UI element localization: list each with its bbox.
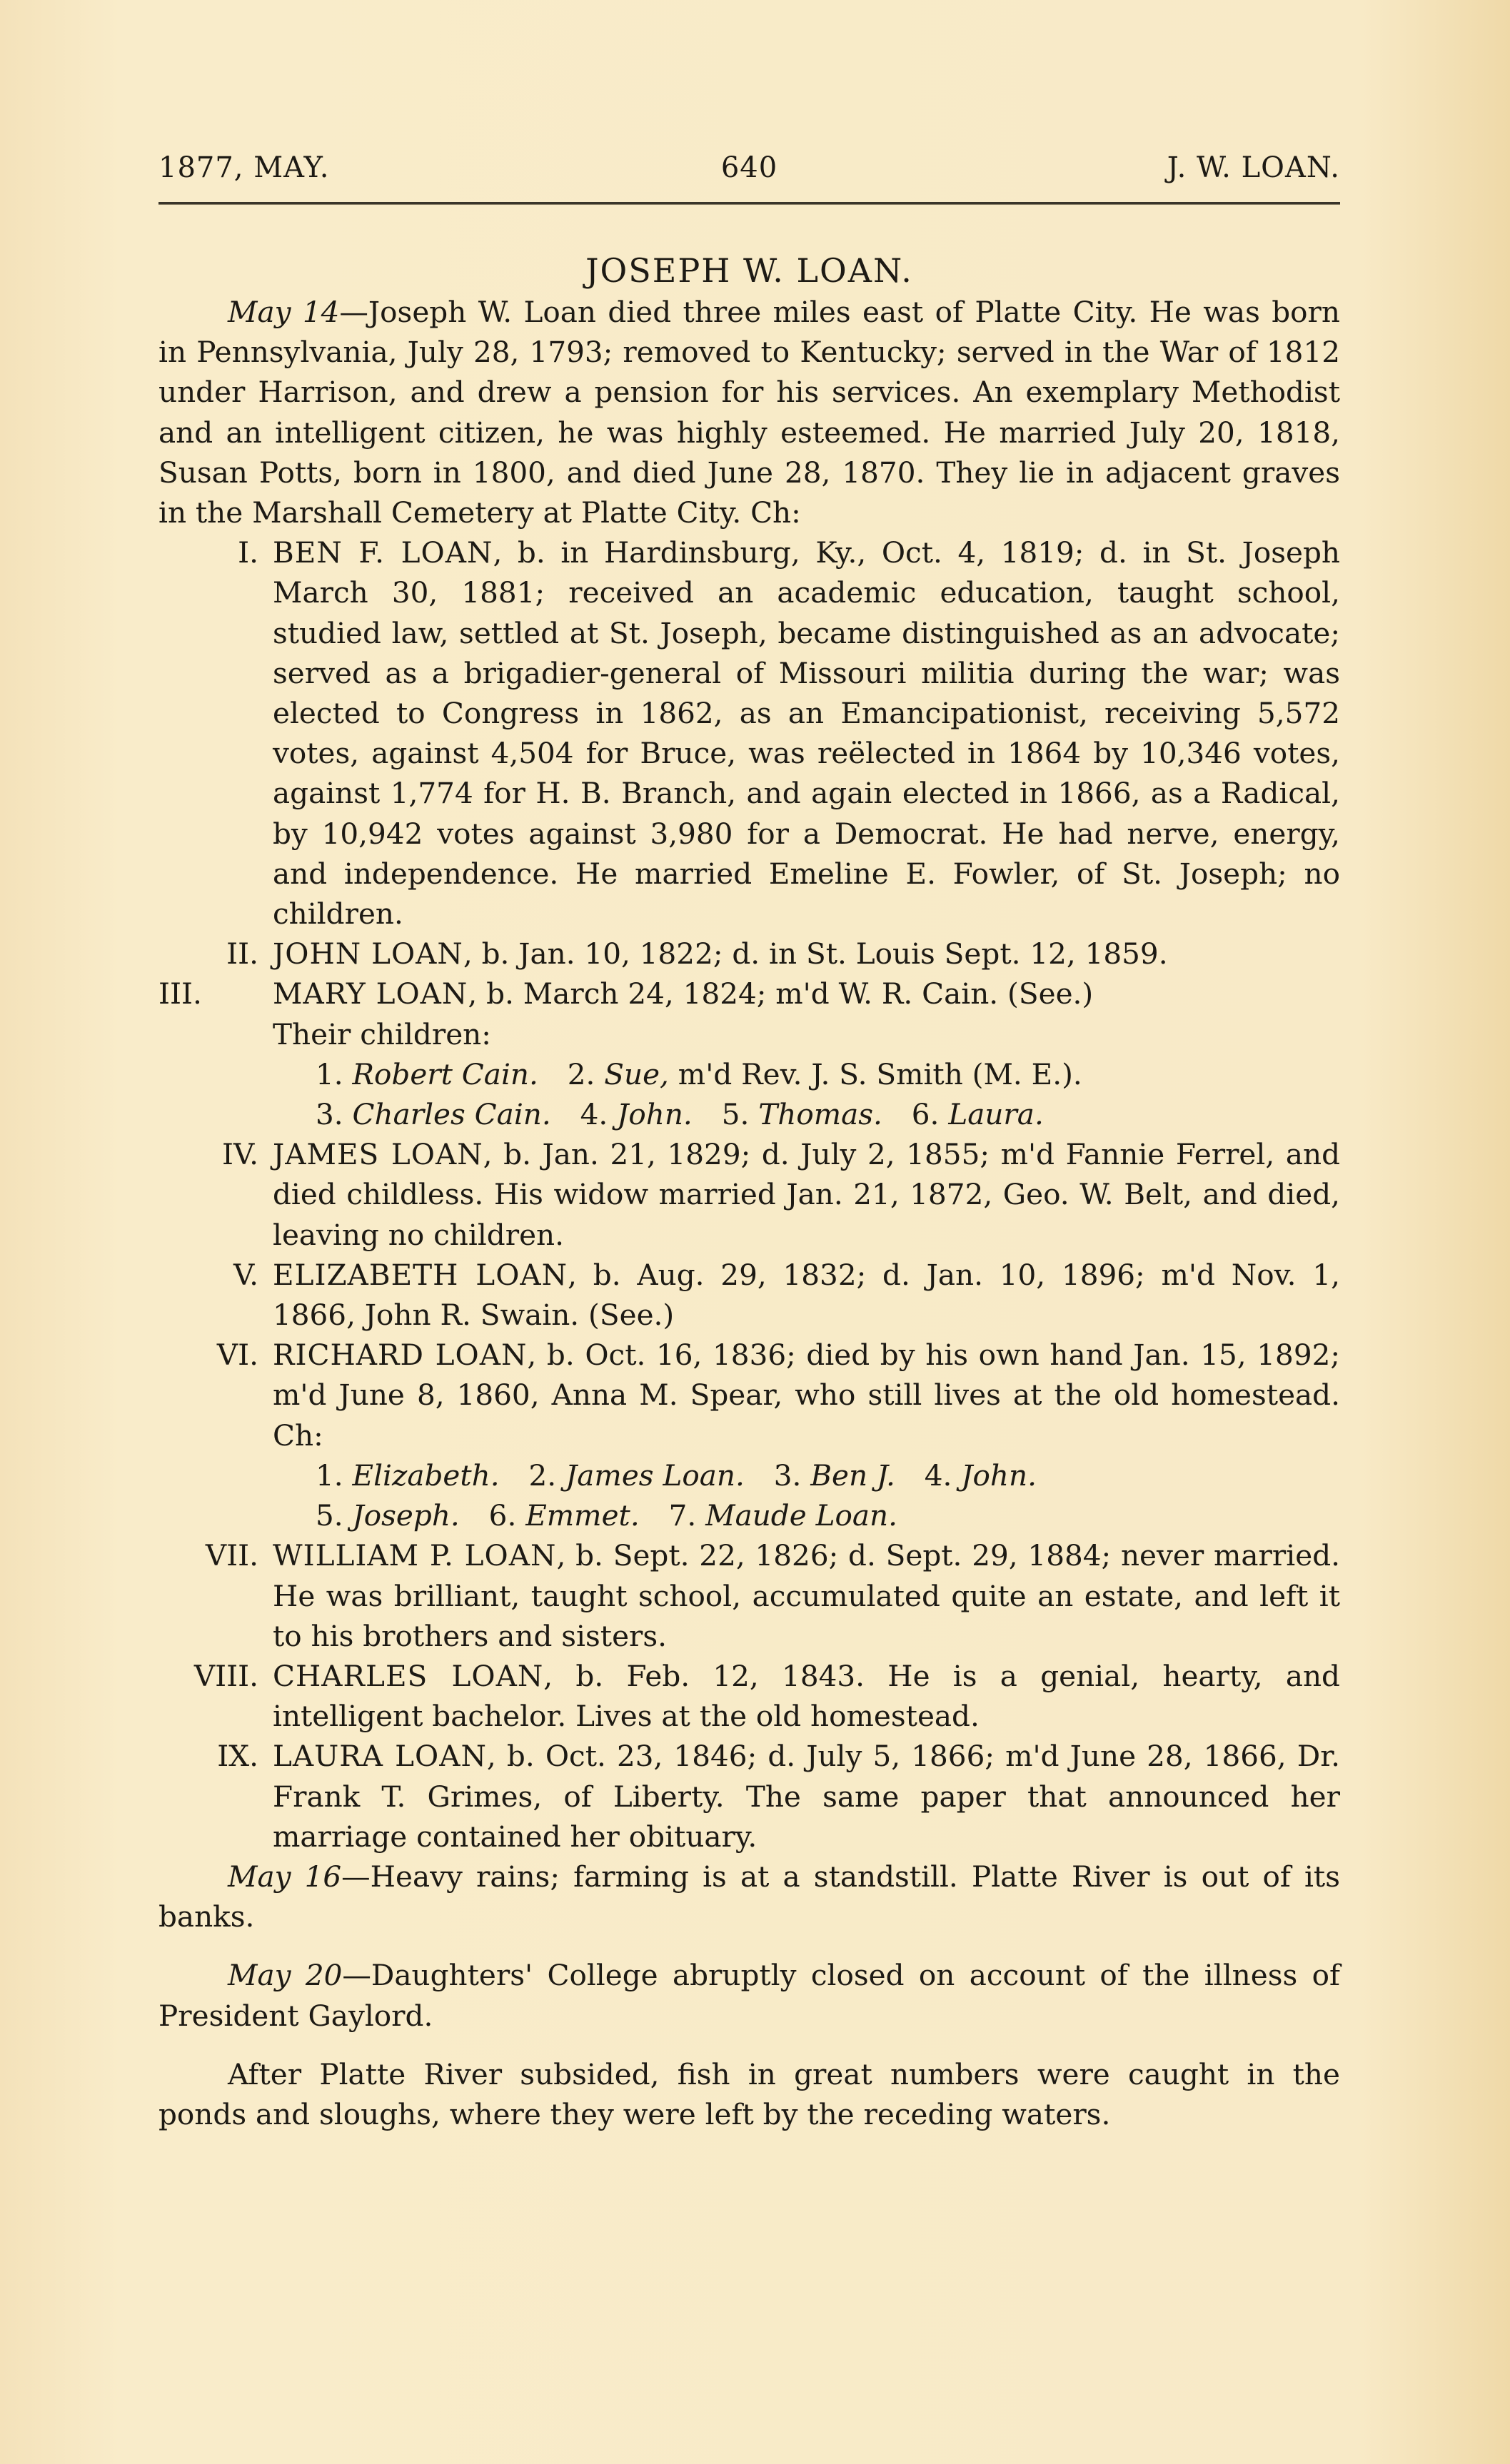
child-name: RICHARD LOAN bbox=[273, 1338, 527, 1372]
child-name: CHARLES LOAN bbox=[273, 1659, 543, 1693]
child-name: ELIZABETH LOAN bbox=[273, 1258, 568, 1292]
grandchild: 3. Charles Cain. bbox=[316, 1097, 551, 1131]
intro-paragraph: May 14—Joseph W. Loan died three miles e… bbox=[158, 292, 1340, 532]
grandchild: 5. Thomas. bbox=[722, 1097, 882, 1131]
child-entry: VIII.CHARLES LOAN, b. Feb. 12, 1843. He … bbox=[158, 1656, 1340, 1736]
running-head-subject: J. W. LOAN. bbox=[1167, 146, 1340, 189]
roman-numeral: IV. bbox=[158, 1134, 258, 1174]
entry-text: After Platte River subsided, fish in gre… bbox=[158, 2057, 1340, 2131]
child-name: JOHN LOAN bbox=[273, 936, 463, 971]
child-entry: V.ELIZABETH LOAN, b. Aug. 29, 1832; d. J… bbox=[158, 1255, 1340, 1335]
grandchildren-line: 1. Robert Cain. 2. Sue, m'd Rev. J. S. S… bbox=[158, 1054, 1340, 1094]
child-entry: IV.JAMES LOAN, b. Jan. 21, 1829; d. July… bbox=[158, 1134, 1340, 1255]
grandchild: 4. John. bbox=[925, 1458, 1037, 1493]
grandchild: 6. Laura. bbox=[912, 1097, 1044, 1131]
running-head: 1877, MAY. 640 J. W. LOAN. bbox=[158, 146, 1340, 189]
grandchild-name: James Loan. bbox=[565, 1458, 745, 1493]
entry-date: May 14 bbox=[228, 295, 339, 329]
roman-numeral: II. bbox=[158, 934, 258, 974]
header-rule bbox=[158, 202, 1340, 205]
grandchild-number: 6. bbox=[912, 1097, 940, 1131]
grandchild: 3. Ben J. bbox=[774, 1458, 895, 1493]
child-name: BEN F. LOAN bbox=[273, 535, 493, 570]
roman-numeral: IX. bbox=[158, 1736, 258, 1776]
grandchild-name: John. bbox=[617, 1097, 693, 1131]
diary-entry: May 16—Heavy rains; farming is at a stan… bbox=[158, 1857, 1340, 1937]
grandchildren-line: 1. Elizabeth. 2. James Loan. 3. Ben J. 4… bbox=[158, 1455, 1340, 1495]
diary-entry: After Platte River subsided, fish in gre… bbox=[158, 2054, 1340, 2134]
entry-date: May 20 bbox=[228, 1958, 342, 1992]
diary-entry: May 20—Daughters' College abruptly close… bbox=[158, 1955, 1340, 2035]
grandchild: 7. Maude Loan. bbox=[669, 1498, 897, 1533]
child-name: JAMES LOAN bbox=[273, 1137, 483, 1171]
child-entry: III.MARY LOAN, b. March 24, 1824; m'd W.… bbox=[158, 974, 1340, 1014]
grandchild-number: 1. bbox=[316, 1057, 343, 1091]
grandchild-name: Laura. bbox=[948, 1097, 1044, 1131]
child-entry: VII.WILLIAM P. LOAN, b. Sept. 22, 1826; … bbox=[158, 1535, 1340, 1656]
book-page: 1877, MAY. 640 J. W. LOAN. JOSEPH W. LOA… bbox=[158, 146, 1340, 2134]
roman-numeral: I. bbox=[158, 532, 258, 572]
grandchild-note: m'd Rev. J. S. Smith (M. E.). bbox=[669, 1057, 1082, 1091]
roman-numeral: III. bbox=[158, 974, 258, 1014]
grandchild: 2. James Loan. bbox=[529, 1458, 745, 1493]
grandchild-number: 6. bbox=[489, 1498, 517, 1533]
grandchild-name: Ben J. bbox=[810, 1458, 895, 1493]
grandchild: 1. Elizabeth. bbox=[316, 1458, 500, 1493]
grandchild-name: Elizabeth. bbox=[353, 1458, 500, 1493]
roman-numeral: V. bbox=[158, 1255, 258, 1295]
child-text: , b. in Hardinsburg, Ky., Oct. 4, 1819; … bbox=[273, 535, 1340, 931]
grandchild: 1. Robert Cain. bbox=[316, 1057, 538, 1091]
grandchild-name: John. bbox=[961, 1458, 1037, 1493]
grandchild-number: 3. bbox=[316, 1097, 343, 1131]
roman-numeral: VII. bbox=[158, 1535, 258, 1575]
child-entry: VI.RICHARD LOAN, b. Oct. 16, 1836; died … bbox=[158, 1335, 1340, 1455]
grandchild: 4. John. bbox=[580, 1097, 693, 1131]
grandchildren-line: 5. Joseph. 6. Emmet. 7. Maude Loan. bbox=[158, 1495, 1340, 1535]
grandchild-number: 4. bbox=[580, 1097, 608, 1131]
grandchild-number: 7. bbox=[669, 1498, 697, 1533]
entry-text: —Joseph W. Loan died three miles east of… bbox=[158, 295, 1340, 530]
grandchild-number: 5. bbox=[316, 1498, 343, 1533]
child-name: LAURA LOAN bbox=[273, 1739, 487, 1773]
page-number: 640 bbox=[721, 146, 777, 189]
child-name: WILLIAM P. LOAN bbox=[273, 1538, 556, 1572]
grandchild-number: 1. bbox=[316, 1458, 343, 1493]
article-body: May 14—Joseph W. Loan died three miles e… bbox=[158, 292, 1340, 2134]
child-entry: I.BEN F. LOAN, b. in Hardinsburg, Ky., O… bbox=[158, 532, 1340, 934]
child-name: MARY LOAN bbox=[273, 976, 468, 1011]
child-text: , b. Jan. 10, 1822; d. in St. Louis Sept… bbox=[463, 936, 1168, 971]
grandchild-name: Emmet. bbox=[525, 1498, 640, 1533]
entry-date: May 16 bbox=[228, 1859, 341, 1894]
roman-numeral: VIII. bbox=[158, 1656, 258, 1696]
grandchild-name: Maude Loan. bbox=[705, 1498, 897, 1533]
article-title: JOSEPH W. LOAN. bbox=[158, 249, 1340, 292]
child-text: , b. March 24, 1824; m'd W. R. Cain. (Se… bbox=[468, 976, 1093, 1011]
running-head-date: 1877, MAY. bbox=[158, 146, 329, 189]
grandchild-number: 2. bbox=[529, 1458, 557, 1493]
grandchild: 6. Emmet. bbox=[489, 1498, 640, 1533]
child-entry: IX.LAURA LOAN, b. Oct. 23, 1846; d. July… bbox=[158, 1736, 1340, 1857]
grandchild-name: Robert Cain. bbox=[353, 1057, 538, 1091]
grandchild: 5. Joseph. bbox=[316, 1498, 460, 1533]
grandchild-number: 4. bbox=[925, 1458, 952, 1493]
grandchild-number: 3. bbox=[774, 1458, 802, 1493]
grandchild-number: 5. bbox=[722, 1097, 750, 1131]
grandchild: 2. Sue, m'd Rev. J. S. Smith (M. E.). bbox=[568, 1057, 1082, 1091]
grandchildren-line: 3. Charles Cain. 4. John. 5. Thomas. 6. … bbox=[158, 1094, 1340, 1134]
grandchild-name: Sue, bbox=[604, 1057, 669, 1091]
grandchildren-intro: Their children: bbox=[158, 1014, 1340, 1054]
grandchild-number: 2. bbox=[568, 1057, 595, 1091]
grandchild-name: Charles Cain. bbox=[353, 1097, 551, 1131]
child-entry: II.JOHN LOAN, b. Jan. 10, 1822; d. in St… bbox=[158, 934, 1340, 974]
grandchild-name: Thomas. bbox=[758, 1097, 882, 1131]
grandchild-name: Joseph. bbox=[353, 1498, 460, 1533]
roman-numeral: VI. bbox=[158, 1335, 258, 1375]
